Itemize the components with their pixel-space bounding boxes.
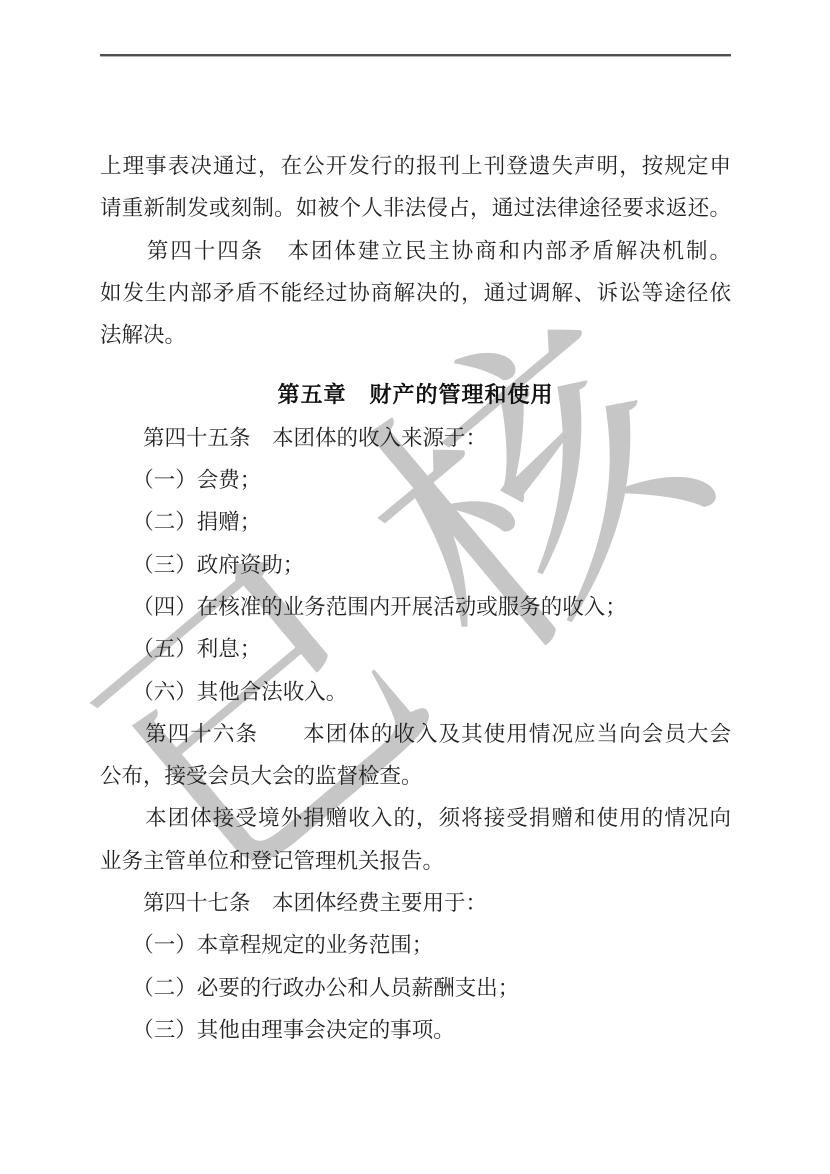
text-line: 第四十四条 本团体建立民主协商和内部矛盾解决机制。: [100, 230, 731, 272]
text-line: （四）在核准的业务范围内开展活动或服务的收入；: [100, 586, 731, 628]
document-page: 已核 上理事表决通过，在公开发行的报刊上刊登遗失声明，按规定申请重新制发或刻制。…: [0, 0, 830, 1174]
text-line: 法解决。: [100, 314, 731, 356]
text-line: （五）利息；: [100, 628, 731, 670]
text-line: 如发生内部矛盾不能经过协商解决的，通过调解、诉讼等途径依: [100, 272, 731, 314]
text-line: （三）其他由理事会决定的事项。: [100, 1009, 731, 1051]
text-line: （一）会费；: [100, 459, 731, 501]
text-line: 第四十六条 本团体的收入及其使用情况应当向会员大会: [100, 713, 731, 755]
text-line: 第四十五条 本团体的收入来源于：: [100, 417, 731, 459]
text-line: （二）必要的行政办公和人员薪酬支出；: [100, 967, 731, 1009]
text-line: 上理事表决通过，在公开发行的报刊上刊登遗失声明，按规定申: [100, 145, 731, 187]
text-line: （一）本章程规定的业务范围；: [100, 924, 731, 966]
text-line: 第四十七条 本团体经费主要用于：: [100, 882, 731, 924]
header-rule: [100, 54, 731, 57]
text-line: （六）其他合法收入。: [100, 671, 731, 713]
text-line: 公布，接受会员大会的监督检查。: [100, 755, 731, 797]
text-line: （二）捐赠；: [100, 501, 731, 543]
paragraph-block-2: 第四十五条 本团体的收入来源于： （一）会费； （二）捐赠； （三）政府资助； …: [100, 417, 731, 1051]
text-line: （三）政府资助；: [100, 544, 731, 586]
text-line: 本团体接受境外捐赠收入的，须将接受捐赠和使用的情况向: [100, 797, 731, 839]
text-line: 业务主管单位和登记管理机关报告。: [100, 840, 731, 882]
paragraph-block-1: 上理事表决通过，在公开发行的报刊上刊登遗失声明，按规定申请重新制发或刻制。如被个…: [100, 145, 731, 356]
chapter-heading: 第五章 财产的管理和使用: [100, 374, 731, 416]
document-body: 上理事表决通过，在公开发行的报刊上刊登遗失声明，按规定申请重新制发或刻制。如被个…: [100, 145, 731, 1051]
text-line: 请重新制发或刻制。如被个人非法侵占，通过法律途径要求返还。: [100, 187, 731, 229]
